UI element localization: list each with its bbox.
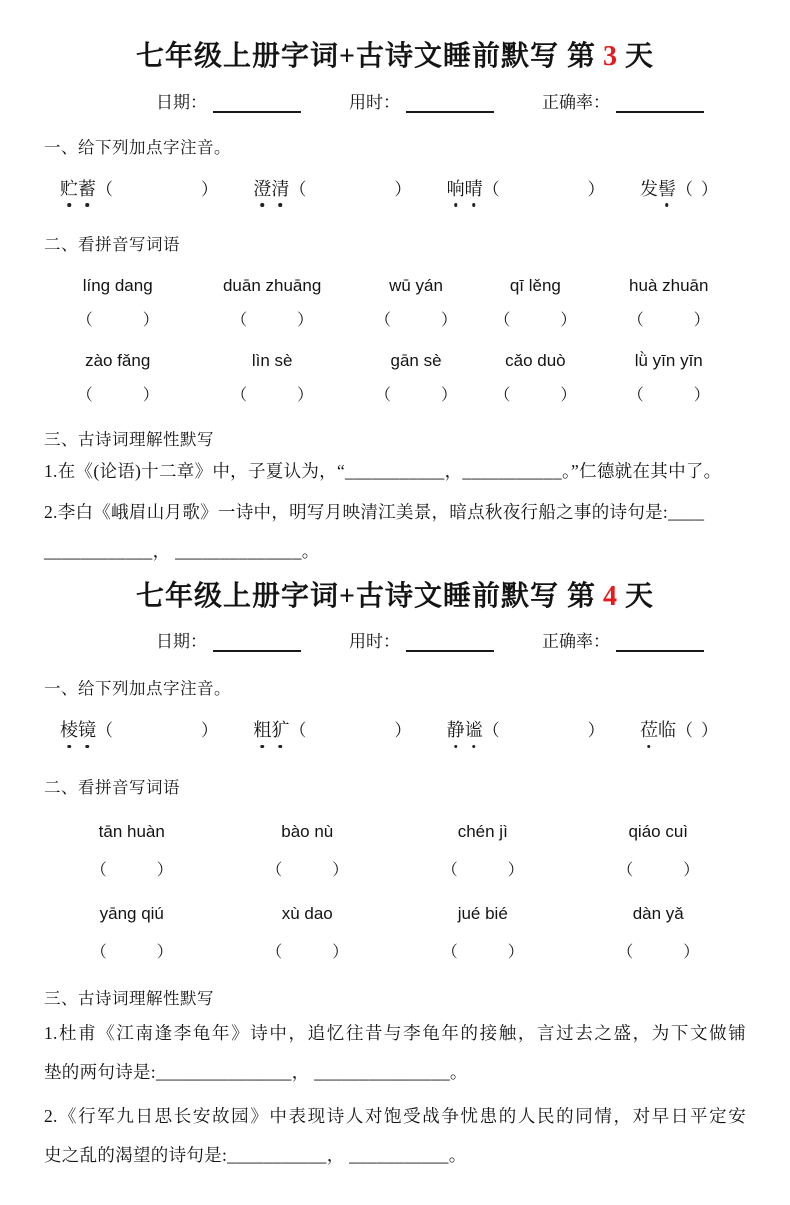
close-paren: ） [560,312,576,329]
dotted-character: 晴 [465,175,483,201]
close-paren: ） [201,721,218,740]
question-line: ____________， ______________。 [44,532,746,571]
open-paren: （ [231,387,247,404]
dotted-character: 棱 [60,716,78,742]
pinyin-syllable: qī lěng [479,276,591,296]
pinyin-syllable: lìn sè [191,351,352,371]
dotted-word-item: 发髻（） [640,175,718,201]
answer-paren-cell: （） [571,939,747,962]
dotted-word-row: 棱镜（）粗犷（）静谧（）莅临（） [44,716,746,751]
answer-paren-cell: （） [220,857,396,880]
meta-item-accuracy: 正确率： [542,88,704,113]
close-paren: ） [297,312,313,329]
open-paren: （ [494,312,510,329]
dotted-word-item: 贮蓄（） [60,175,218,201]
close-paren: ） [694,312,710,329]
accuracy-blank-line [616,631,704,652]
title-day-number: 3 [603,41,618,72]
open-paren: （ [494,387,510,404]
pinyin-syllable: duān zhuāng [191,276,352,296]
answer-paren-cell: （） [44,307,191,330]
title-text: 七年级上册字词+古诗文睡前默写 第 [136,581,596,612]
open-paren: （ [77,387,93,404]
dotted-word-item: 静谧（） [447,716,605,742]
title-text: 七年级上册字词+古诗文睡前默写 第 [136,41,596,72]
question-line: 1.杜甫《江南逢李龟年》诗中，追忆往昔与李龟年的接触，言过去之盛，为下文做铺 [44,1014,746,1053]
meta-label-accuracy: 正确率： [542,88,610,113]
pinyin-syllable: bào nù [220,822,396,842]
question-line: 2.李白《峨眉山月歌》一诗中，明写月映清江美景，暗点秋夜行船之事的诗句是:___… [44,493,746,532]
meta-item-date: 日期： [156,88,301,113]
dictation-question: 1.在《(论语)十二章》中，子夏认为，“___________，________… [44,452,746,491]
dotted-word-item: 莅临（） [640,716,718,742]
part3-block: 三、古诗词理解性默写1.杜甫《江南逢李龟年》诗中，追忆往昔与李龟年的接触，言过去… [44,985,746,1175]
answer-paren-cell: （） [395,939,571,962]
dotted-character: 蓄 [78,175,96,201]
pinyin-syllable: xù dao [220,904,396,924]
title-text: 天 [625,581,654,612]
open-paren: （ [289,180,306,199]
pinyin-syllable: zào fǎng [44,351,191,371]
answer-paren-cell: （） [479,382,591,405]
part2-heading: 二、看拼音写词语 [44,774,746,798]
meta-label-time: 用时： [349,88,400,113]
close-paren: ） [332,944,348,961]
close-paren: ） [143,387,159,404]
answer-paren-cell: （） [44,382,191,405]
pinyin-syllable: cǎo duò [479,351,591,371]
answer-paren-cell: （） [571,857,747,880]
close-paren: ） [508,944,524,961]
open-paren: （ [617,862,633,879]
dotted-character: 髻 [658,175,676,201]
close-paren: ） [701,721,718,740]
open-paren: （ [442,944,458,961]
answer-paren-cell: （） [353,382,479,405]
dotted-word-item: 棱镜（） [60,716,218,742]
title-day-number: 4 [603,581,618,612]
dotted-character: 镜 [78,716,96,742]
open-paren: （ [231,312,247,329]
dotted-character: 临 [658,716,676,742]
answer-paren-cell: （） [191,307,352,330]
open-paren: （ [628,387,644,404]
open-paren: （ [676,721,693,740]
dotted-character: 静 [447,716,465,742]
open-paren: （ [91,862,107,879]
open-paren: （ [91,944,107,961]
pinyin-row: yāng qiúxù daojué biédàn yǎ [44,904,746,924]
dotted-character: 粗 [253,716,271,742]
answer-paren-cell: （） [44,857,220,880]
open-paren: （ [676,180,693,199]
meta-item-time: 用时： [349,88,494,113]
dotted-character: 响 [447,175,465,201]
meta-label-time: 用时： [349,627,400,652]
part3-heading: 三、古诗词理解性默写 [44,426,746,450]
open-paren: （ [483,180,500,199]
meta-row: 日期：用时：正确率： [156,627,746,652]
close-paren: ） [588,721,605,740]
close-paren: ） [157,944,173,961]
date-blank-line [213,92,301,113]
pinyin-row: tān huànbào nùchén jìqiáo cuì [44,822,746,842]
question-line: 垫的两句诗是:_______________， _______________。 [44,1053,746,1092]
dictation-question: 1.杜甫《江南逢李龟年》诗中，追忆往昔与李龟年的接触，言过去之盛，为下文做铺垫的… [44,1014,746,1092]
close-paren: ） [441,387,457,404]
open-paren: （ [442,862,458,879]
meta-label-date: 日期： [156,627,207,652]
answer-paren-row: （）（）（）（）（） [44,382,746,405]
dictation-question: 2.李白《峨眉山月歌》一诗中，明写月映清江美景，暗点秋夜行船之事的诗句是:___… [44,493,746,571]
worksheet-section-day-4: 七年级上册字词+古诗文睡前默写 第4天日期：用时：正确率：一、给下列加点字注音。… [44,580,746,1176]
dotted-character: 谧 [465,716,483,742]
worksheet-page: 七年级上册字词+古诗文睡前默写 第3天日期：用时：正确率：一、给下列加点字注音。… [0,0,790,1205]
close-paren: ） [683,944,699,961]
open-paren: （ [483,721,500,740]
answer-paren-row: （）（）（）（） [44,939,746,962]
dotted-word-row: 贮蓄（）澄清（）响晴（）发髻（） [44,175,746,210]
open-paren: （ [77,312,93,329]
pinyin-syllable: huà zhuān [592,276,746,296]
pinyin-syllable: yāng qiú [44,904,220,924]
part3-block: 三、古诗词理解性默写1.在《(论语)十二章》中，子夏认为，“__________… [44,426,746,571]
open-paren: （ [96,180,113,199]
part2-heading: 二、看拼音写词语 [44,231,746,255]
pinyin-syllable: líng dang [44,276,191,296]
question-line: 1.在《(论语)十二章》中，子夏认为，“___________，________… [44,452,746,491]
meta-label-date: 日期： [156,88,207,113]
answer-paren-cell: （） [592,382,746,405]
open-paren: （ [96,721,113,740]
worksheet-section-day-3: 七年级上册字词+古诗文睡前默写 第3天日期：用时：正确率：一、给下列加点字注音。… [44,40,746,571]
answer-paren-cell: （） [395,857,571,880]
dotted-character: 莅 [640,716,658,742]
pinyin-syllable: wū yán [353,276,479,296]
page-title: 七年级上册字词+古诗文睡前默写 第4天 [44,580,746,614]
close-paren: ） [588,180,605,199]
answer-paren-cell: （） [44,939,220,962]
answer-paren-row: （）（）（）（）（） [44,307,746,330]
pinyin-row: líng dangduān zhuāngwū yánqī lěnghuà zhu… [44,276,746,296]
dotted-word-item: 响晴（） [447,175,605,201]
close-paren: ） [297,387,313,404]
meta-item-date: 日期： [156,627,301,652]
answer-paren-cell: （） [220,939,396,962]
pinyin-syllable: tān huàn [44,822,220,842]
pinyin-syllable: chén jì [395,822,571,842]
dotted-character: 贮 [60,175,78,201]
dotted-character: 发 [640,175,658,201]
part3-heading: 三、古诗词理解性默写 [44,985,746,1009]
answer-paren-row: （）（）（）（） [44,857,746,880]
open-paren: （ [266,944,282,961]
pinyin-syllable: gān sè [353,351,479,371]
dictation-question: 2.《行军九日思长安故园》中表现诗人对饱受战争忧患的人民的同情，对早日平定安史之… [44,1097,746,1175]
close-paren: ） [394,721,411,740]
close-paren: ） [694,387,710,404]
dotted-character: 澄 [253,175,271,201]
pinyin-syllable: qiáo cuì [571,822,747,842]
close-paren: ） [560,387,576,404]
question-line: 史之乱的渴望的诗句是:___________， ___________。 [44,1136,746,1175]
answer-paren-cell: （） [191,382,352,405]
dotted-word-item: 粗犷（） [253,716,411,742]
title-text: 天 [625,41,654,72]
page-title: 七年级上册字词+古诗文睡前默写 第3天 [44,40,746,74]
open-paren: （ [375,387,391,404]
close-paren: ） [441,312,457,329]
open-paren: （ [289,721,306,740]
question-line: 2.《行军九日思长安故园》中表现诗人对饱受战争忧患的人民的同情，对早日平定安 [44,1097,746,1136]
pinyin-syllable: dàn yǎ [571,904,747,924]
close-paren: ） [701,180,718,199]
close-paren: ） [683,862,699,879]
meta-label-accuracy: 正确率： [542,627,610,652]
part1-heading: 一、给下列加点字注音。 [44,675,746,699]
worksheet-sections: 七年级上册字词+古诗文睡前默写 第3天日期：用时：正确率：一、给下列加点字注音。… [44,40,746,1175]
close-paren: ） [143,312,159,329]
open-paren: （ [617,944,633,961]
accuracy-blank-line [616,92,704,113]
open-paren: （ [266,862,282,879]
answer-paren-cell: （） [479,307,591,330]
pinyin-syllable: lǜ yīn yīn [592,351,746,371]
dotted-character: 清 [271,175,289,201]
dotted-character: 犷 [271,716,289,742]
date-blank-line [213,631,301,652]
time-blank-line [406,631,494,652]
open-paren: （ [628,312,644,329]
dotted-word-item: 澄清（） [253,175,411,201]
open-paren: （ [375,312,391,329]
meta-row: 日期：用时：正确率： [156,88,746,113]
close-paren: ） [201,180,218,199]
close-paren: ） [332,862,348,879]
time-blank-line [406,92,494,113]
pinyin-syllable: jué bié [395,904,571,924]
meta-item-time: 用时： [349,627,494,652]
pinyin-row: zào fǎnglìn sègān sècǎo duòlǜ yīn yīn [44,351,746,371]
close-paren: ） [508,862,524,879]
answer-paren-cell: （） [353,307,479,330]
close-paren: ） [157,862,173,879]
close-paren: ） [394,180,411,199]
part1-heading: 一、给下列加点字注音。 [44,134,746,158]
meta-item-accuracy: 正确率： [542,627,704,652]
answer-paren-cell: （） [592,307,746,330]
